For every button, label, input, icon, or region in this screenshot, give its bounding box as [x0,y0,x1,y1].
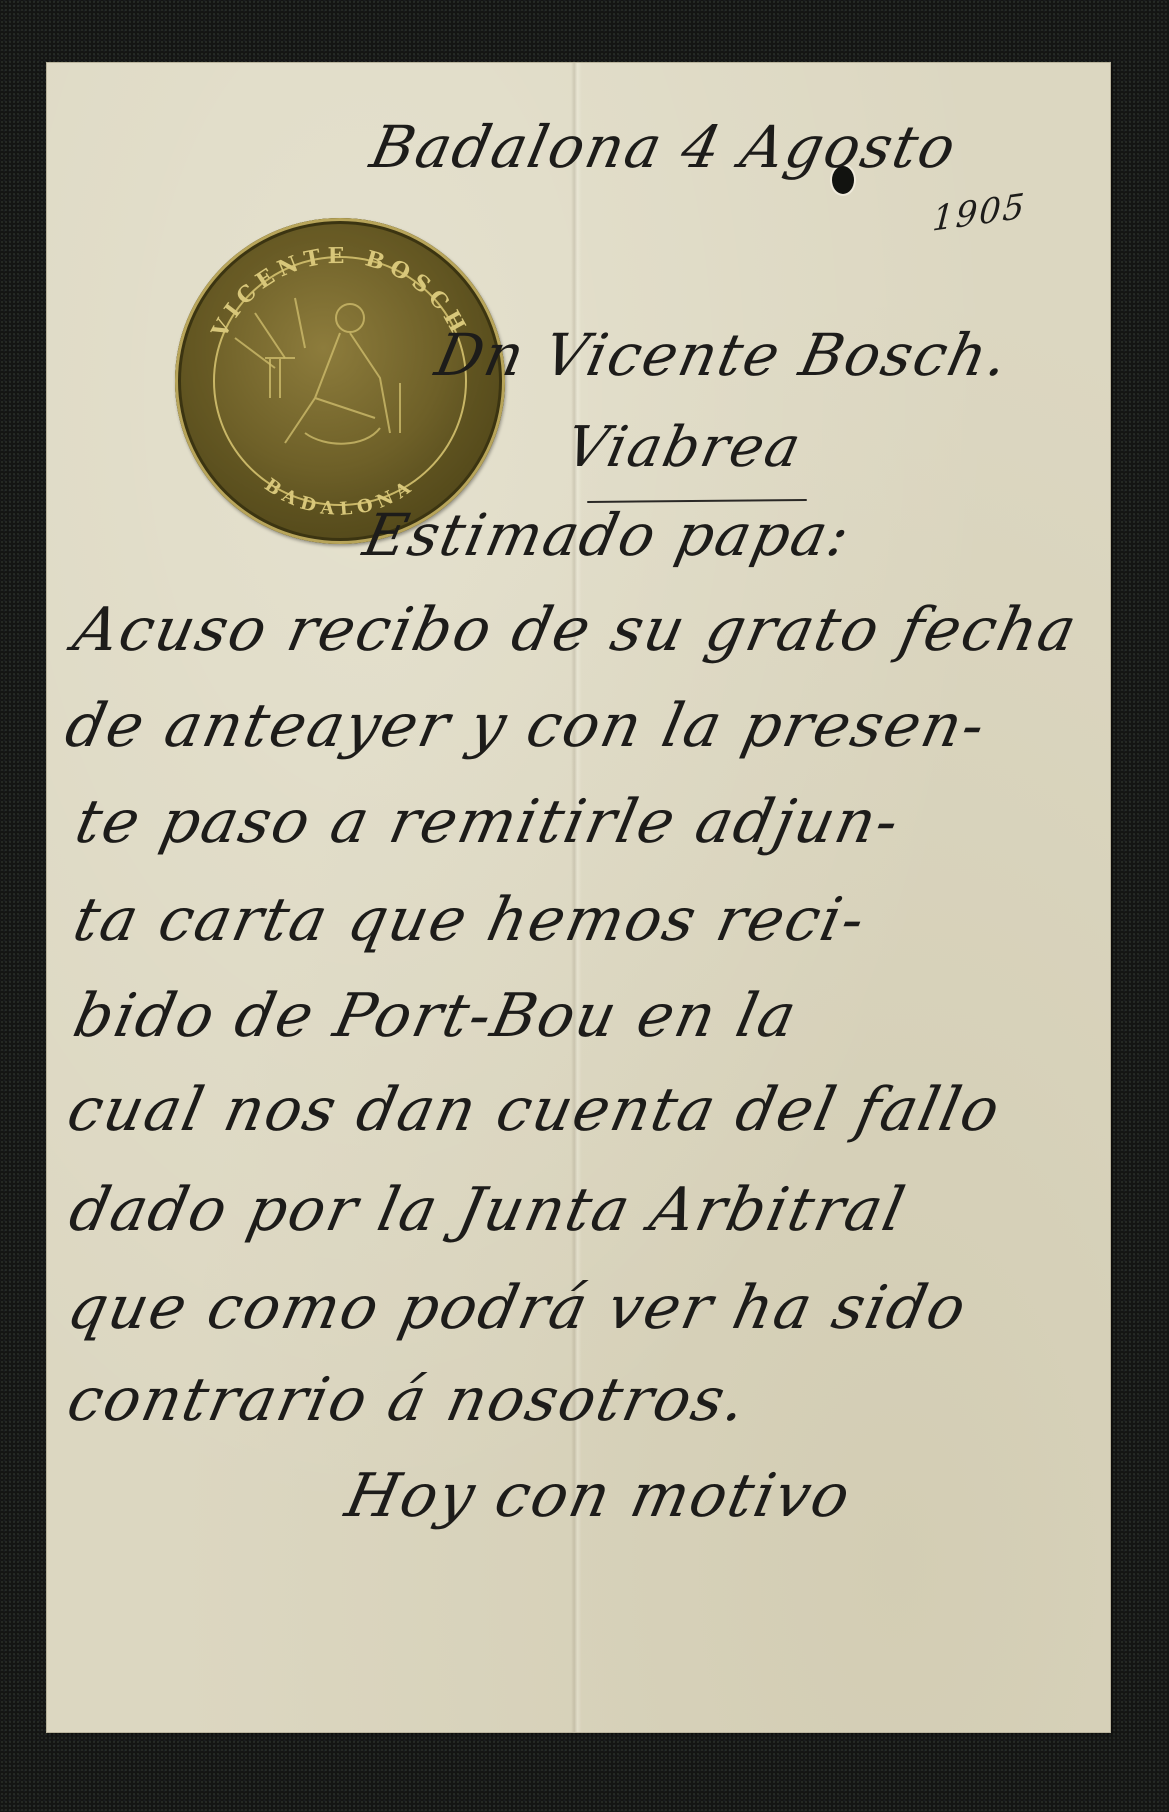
recipient-name: Dn Vicente Bosch. [430,321,1016,389]
recipient-place: Viabrea [560,415,808,480]
body-line-9: contrario á nosotros. [62,1365,754,1435]
letter-paper: VICENTE BOSCH BADALONA Badalona 4 Agosto… [47,63,1110,1732]
place-date-line: Badalona 4 Agosto [365,113,963,181]
body-line-6: cual nos dan cuenta del fallo [62,1075,1008,1145]
body-line-8: que como podrá ver ha sido [62,1273,974,1343]
body-line-2: de anteayer y con la presen- [60,691,993,761]
body-line-10: Hoy con motivo [340,1461,858,1531]
body-line-1: Acuso recibo de su grato fecha [68,595,1084,665]
date-year: 1905 [931,186,1027,240]
body-line-4: ta carta que hemos reci- [68,885,873,955]
body-line-7: dado por la Junta Arbitral [64,1175,913,1245]
body-line-3: te paso a remitirle adjun- [70,787,907,857]
salutation: Estimado papa: [358,501,857,569]
body-line-5: bido de Port-Bou en la [68,981,804,1051]
